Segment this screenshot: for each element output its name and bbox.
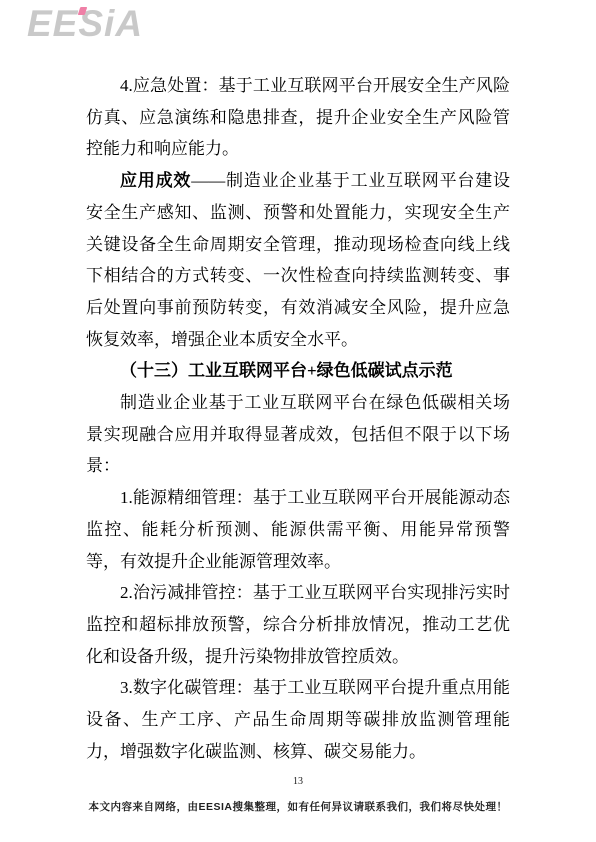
paragraph: 2.治污减排管控：基于工业互联网平台实现排污实时监控和超标排放预警，综合分析排放… xyxy=(86,577,510,672)
paragraph: 3.数字化碳管理：基于工业互联网平台提升重点用能设备、生产工序、产品生命周期等碳… xyxy=(86,672,510,767)
paragraph: 4.应急处置：基于工业互联网平台开展安全生产风险仿真、应急演练和隐患排查，提升企… xyxy=(86,70,510,165)
paragraph: 应用成效——制造业企业基于工业互联网平台建设安全生产感知、监测、预警和处置能力，… xyxy=(86,165,510,355)
footer-disclaimer: 本文内容来自网络，由EESIA搜集整理，如有任何异议请联系我们，我们将尽快处理！ xyxy=(0,799,596,814)
document-body: 4.应急处置：基于工业互联网平台开展安全生产风险仿真、应急演练和隐患排查，提升企… xyxy=(86,70,510,767)
paragraph: 制造业企业基于工业互联网平台在绿色低碳相关场景实现融合应用并取得显著成效，包括但… xyxy=(86,387,510,482)
paragraph: 1.能源精细管理：基于工业互联网平台开展能源动态监控、能耗分析预测、能源供需平衡… xyxy=(86,482,510,577)
document-page: EESiA 4.应急处置：基于工业互联网平台开展安全生产风险仿真、应急演练和隐患… xyxy=(0,0,596,842)
section-heading: （十三）工业互联网平台+绿色低碳试点示范 xyxy=(86,355,510,387)
paragraph-lead: 应用成效 xyxy=(120,171,191,190)
page-number: 13 xyxy=(0,776,596,787)
